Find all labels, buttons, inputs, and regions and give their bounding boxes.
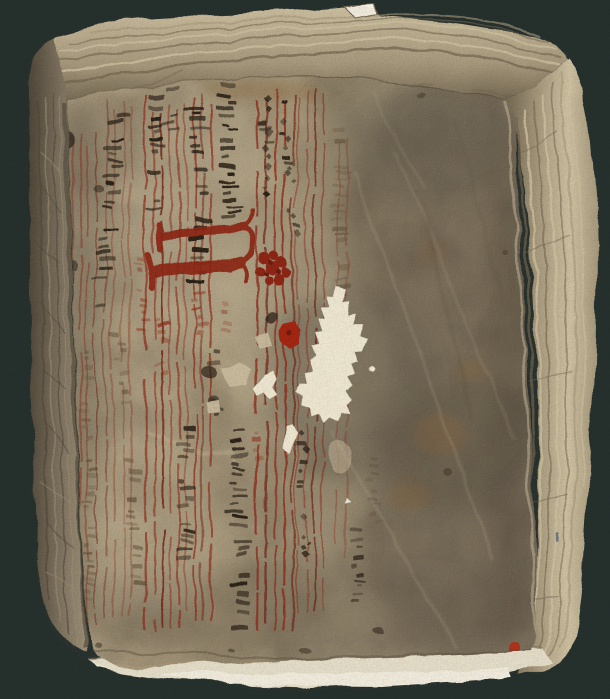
book xyxy=(20,0,602,699)
photo-canvas xyxy=(0,0,610,699)
photograph-of-manuscript-book: Photograph of an aged book against a dar… xyxy=(0,0,610,699)
book-grain xyxy=(20,0,602,699)
